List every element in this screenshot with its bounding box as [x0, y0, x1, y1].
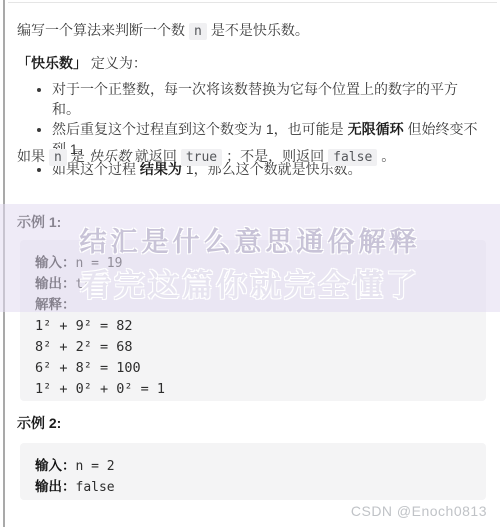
inline-code-true: true: [181, 149, 222, 166]
definition-heading: 「快乐数」 定义为：: [17, 54, 487, 72]
definition-term: 「快乐数」: [17, 55, 87, 71]
statement-text-2: 是不是快乐数。: [211, 22, 309, 38]
explain-line: 解释：: [35, 295, 486, 316]
return-statement: 如果n是快乐数就返回true；不是，则返回false。: [17, 147, 487, 166]
input-label-2: 输入：: [35, 458, 76, 473]
output-value-2: false: [76, 480, 115, 495]
happy-number-italic: 快乐数: [89, 148, 131, 164]
return-text-2: 是: [71, 148, 85, 164]
equation-line-1: 1² + 9² = 82: [35, 316, 486, 337]
equation-line-2: 8² + 2² = 68: [35, 337, 486, 358]
input-line-2: 输入：n = 2: [35, 456, 486, 477]
equation-line-4: 1² + 0² + 0² = 1: [35, 379, 486, 400]
bullet-1-text: 对于一个正整数，每一次将该数替换为它每个位置上的数字的平方和。: [52, 81, 458, 117]
output-line-2: 输出：false: [35, 477, 486, 498]
return-text-5: 。: [381, 148, 395, 164]
input-label: 输入：: [35, 255, 76, 270]
statement-text-1: 编写一个算法来判断一个数: [17, 22, 185, 38]
bullet-2-text-1: 然后重复这个过程直到这个数变为 1，也可能是: [52, 121, 348, 137]
example2-label: 示例 2:: [17, 413, 61, 433]
article-page: 编写一个算法来判断一个数n是不是快乐数。 「快乐数」 定义为： 对于一个正整数，…: [0, 0, 500, 527]
input-value-2: n = 2: [76, 459, 115, 474]
input-line: 输入：n = 19: [35, 253, 486, 274]
explain-label: 解释：: [35, 297, 76, 312]
problem-statement: 编写一个算法来判断一个数n是不是快乐数。: [17, 21, 487, 40]
input-value: n = 19: [76, 256, 123, 271]
return-text-1: 如果: [17, 148, 45, 164]
example1-code-block: 输入：n = 19 输出：true 解释： 1² + 9² = 82 8² + …: [20, 240, 486, 401]
inline-code-false: false: [328, 149, 377, 166]
top-divider: [8, 2, 497, 3]
bullet-item-1: 对于一个正整数，每一次将该数替换为它每个位置上的数字的平方和。: [52, 79, 482, 119]
inline-code-n2: n: [49, 149, 67, 166]
example2-code-block: 输入：n = 2 输出：false: [20, 443, 486, 500]
output-value: true: [76, 277, 107, 292]
csdn-author-watermark: CSDN @Enoch0813: [351, 503, 487, 519]
output-line: 输出：true: [35, 274, 486, 295]
equation-line-3: 6² + 8² = 100: [35, 358, 486, 379]
output-label-2: 输出：: [35, 479, 76, 494]
bullet-2-bold: 无限循环: [348, 121, 404, 137]
example1-label: 示例 1:: [17, 212, 61, 232]
return-text-3: 就返回: [135, 148, 177, 164]
inline-code-n: n: [189, 23, 207, 40]
return-text-4: ；不是，则返回: [226, 148, 324, 164]
definition-rest: 定义为：: [87, 55, 147, 71]
left-border-line: [3, 0, 5, 527]
output-label: 输出：: [35, 276, 76, 291]
